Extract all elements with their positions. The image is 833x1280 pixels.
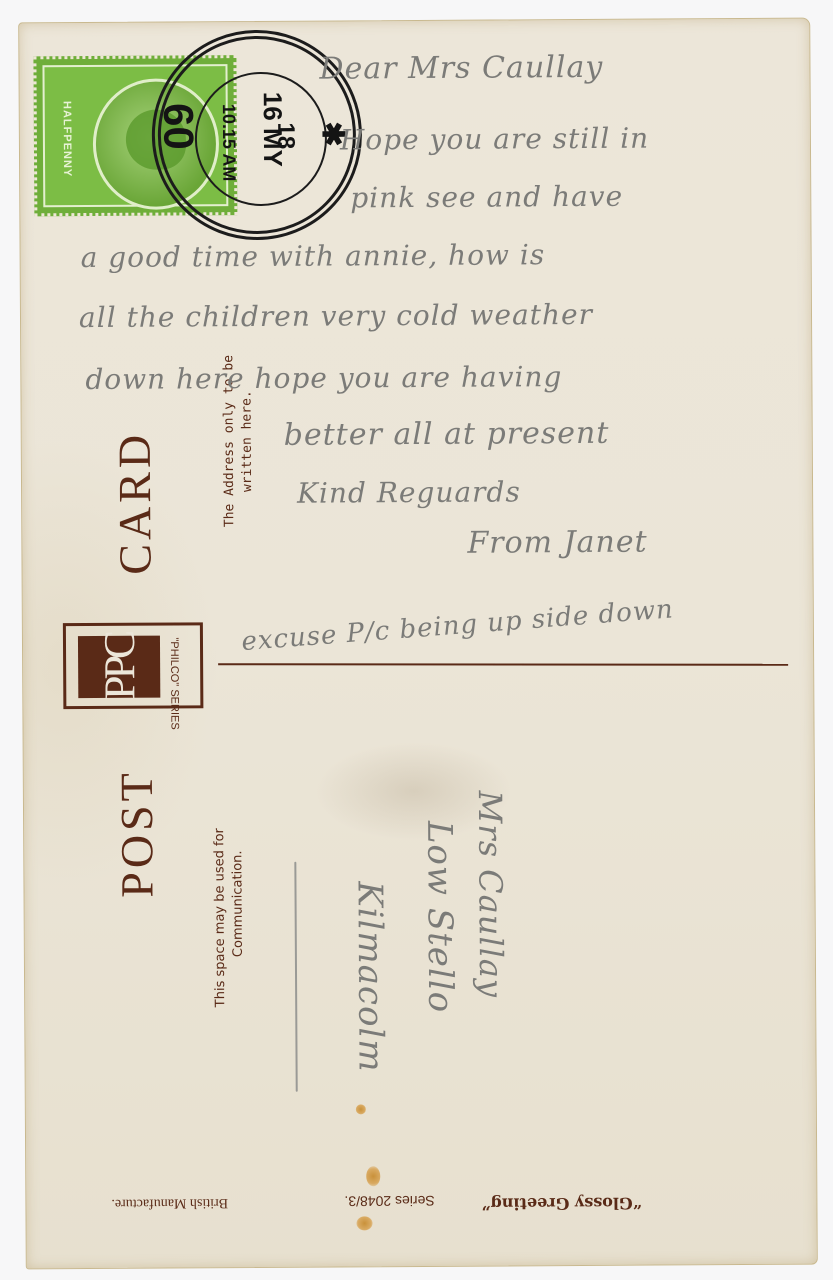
message-line-7: better all at present — [284, 416, 610, 453]
divider-line — [218, 663, 788, 665]
postmark-time: 10.15 AM — [218, 104, 239, 182]
logo-series-label: "PHILCO" SERIES — [168, 637, 181, 729]
address-line-2: Low Stello — [419, 821, 460, 1014]
footer-title: “Glossy Greeting” — [481, 1194, 642, 1214]
pencil-stroke — [294, 862, 297, 1092]
logo-monogram-block: PPC — [78, 636, 160, 698]
postmark-year: 18 — [271, 122, 299, 149]
postcard-back: HALFPENNY 60 10.15 AM 16 MY 18 ✱ CARD PO… — [18, 18, 818, 1270]
footer-origin: British Manufacture. — [111, 1194, 228, 1211]
ppc-monogram: PPC — [88, 626, 150, 708]
address-line-1: Mrs Caullay — [471, 790, 510, 998]
stamp-denomination: HALFPENNY — [60, 69, 73, 209]
footer-series: Series 2048/3. — [344, 1193, 434, 1210]
philco-series-logo: PPC "PHILCO" SERIES — [63, 622, 204, 709]
message-line-6: down here hope you are having — [85, 360, 562, 396]
postmark-number: 60 — [154, 103, 202, 150]
rust-stain — [356, 1216, 372, 1230]
message-instruction-line2: Communication. — [230, 850, 246, 957]
message-line-2: Hope you are still in — [340, 122, 649, 157]
message-instruction-line1: This space may be used for — [212, 828, 228, 1007]
rust-stain — [366, 1166, 380, 1186]
message-line-1: Dear Mrs Caullay — [319, 50, 603, 87]
message-line-3: pink see and have — [350, 180, 623, 215]
message-line-9: From Janet — [467, 525, 647, 561]
heading-post: POST — [110, 769, 164, 898]
rust-stain — [356, 1104, 366, 1114]
heading-card: CARD — [108, 431, 162, 575]
message-line-8: Kind Reguards — [297, 475, 521, 509]
message-line-5: all the children very cold weather — [79, 298, 593, 334]
address-line-3: Kilmacolm — [349, 881, 390, 1073]
message-line-10: excuse P/c being up side down — [240, 594, 674, 657]
address-instruction-line2: written here. — [239, 390, 255, 492]
message-line-4: a good time with annie, how is — [81, 238, 546, 274]
